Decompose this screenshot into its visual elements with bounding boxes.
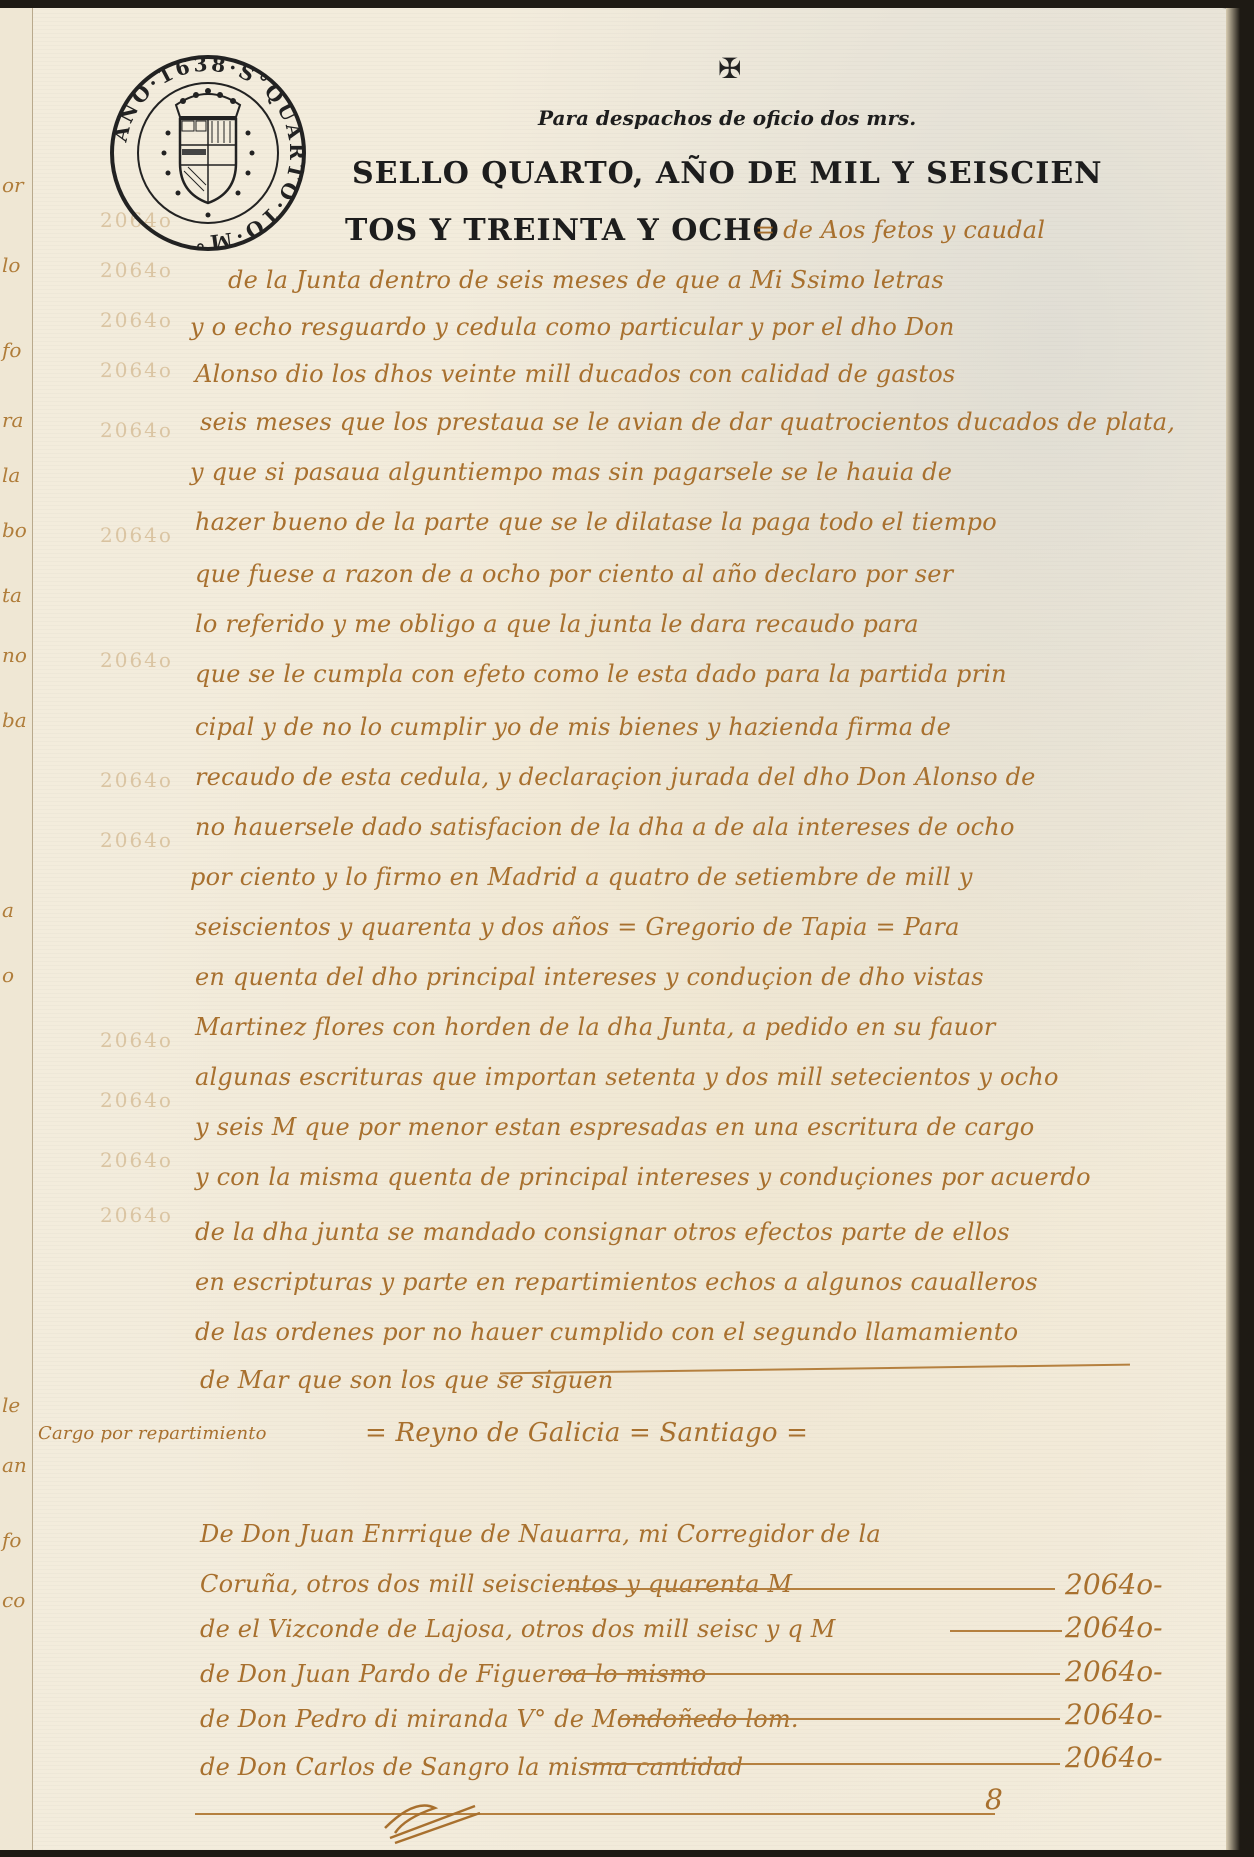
text-line: y que si pasaua alguntiempo mas sin paga… xyxy=(190,458,952,486)
text-line: que fuese a razon de a ocho por ciento a… xyxy=(195,560,953,588)
text-line: hazer bueno de la parte que se le dilata… xyxy=(195,508,997,536)
page-edge-shadow xyxy=(1226,8,1240,1850)
margin-fragment: or xyxy=(2,173,24,197)
text-line: seis meses que los prestaua se le avian … xyxy=(200,408,1175,436)
margin-fragment: co xyxy=(2,1588,25,1612)
text-line: Martinez flores con horden de la dha Jun… xyxy=(195,1013,996,1041)
closing-rule xyxy=(195,1813,995,1815)
margin-note: Cargo por repartimiento xyxy=(38,1423,267,1444)
entry-amount: 2064o- xyxy=(1065,1698,1163,1731)
margin-fragment: o xyxy=(2,963,14,987)
margin-fragment: a xyxy=(2,898,14,922)
manuscript-page: or lo fo ra la bo ta no ba a o le an fo … xyxy=(0,8,1240,1850)
line-filler-rule xyxy=(620,1718,1060,1720)
entry-text: Coruña, otros dos mill seiscientos y qua… xyxy=(200,1570,792,1598)
text-line: recaudo de esta cedula, y declaraçion ju… xyxy=(195,763,1036,791)
header-purpose: Para despachos de oficio dos mrs. xyxy=(538,106,916,130)
text-line: algunas escrituras que importan setenta … xyxy=(195,1063,1059,1091)
margin-fragment: ba xyxy=(2,708,27,732)
bleed-number: 2064o xyxy=(100,1203,173,1227)
margin-fragment: an xyxy=(2,1453,27,1477)
line-filler-rule xyxy=(950,1630,1062,1632)
text-line: de las ordenes por no hauer cumplido con… xyxy=(195,1318,1018,1346)
header-sello-line: SELLO QUARTO, AÑO DE MIL Y SEISCIEN xyxy=(352,156,1103,191)
entry-text: de el Vizconde de Lajosa, otros dos mill… xyxy=(200,1615,836,1643)
bleed-number: 2064o xyxy=(100,258,173,282)
text-line: y seis M que por menor estan espresadas … xyxy=(195,1113,1034,1141)
text-line: = de Aos fetos y caudal xyxy=(755,216,1045,244)
bleed-number: 2064o xyxy=(100,308,173,332)
bleed-number: 2064o xyxy=(100,1148,173,1172)
text-line: y con la misma quenta de principal inter… xyxy=(195,1163,1091,1191)
text-line: en quenta del dho principal intereses y … xyxy=(195,963,984,991)
page-mark: 8 xyxy=(985,1783,1003,1816)
text-line: por ciento y lo firmo en Madrid a quatro… xyxy=(190,863,973,891)
text-line: seiscientos y quarenta y dos años = Greg… xyxy=(195,913,960,941)
text-line: Alonso dio los dhos veinte mill ducados … xyxy=(195,360,955,388)
margin-fragment: fo xyxy=(2,338,21,362)
text-line: en escripturas y parte en repartimientos… xyxy=(195,1268,1038,1296)
royal-seal-stamp: ANO·1638·S°QUARTO·1O·M° xyxy=(108,53,308,253)
margin-fragment: bo xyxy=(2,518,27,542)
margin-fragment: le xyxy=(2,1393,20,1417)
section-heading: = Reyno de Galicia = Santiago = xyxy=(365,1418,808,1448)
margin-fragment: la xyxy=(2,463,20,487)
coat-of-arms-icon: ANO·1638·S°QUARTO·1O·M° xyxy=(108,53,308,253)
text-line: no hauersele dado satisfacion de la dha … xyxy=(195,813,1015,841)
text-line: de Mar que son los que se siguen xyxy=(200,1366,613,1394)
text-line: de la Junta dentro de seis meses de que … xyxy=(228,266,944,294)
cross-pattee-icon: ✠ xyxy=(718,52,741,85)
text-line: de la dha junta se mandado consignar otr… xyxy=(195,1218,1010,1246)
text-line: lo referido y me obligo a que la junta l… xyxy=(195,610,919,638)
text-line: y o echo resguardo y cedula como particu… xyxy=(190,313,955,341)
line-filler-rule xyxy=(565,1588,1055,1590)
entry-amount: 2064o- xyxy=(1065,1741,1163,1774)
entry-text: de Don Carlos de Sangro la misma cantida… xyxy=(200,1753,743,1781)
signature-rubric-icon xyxy=(375,1788,485,1848)
text-line: que se le cumpla con efeto como le esta … xyxy=(195,660,1007,688)
line-filler-rule xyxy=(560,1673,1060,1675)
bleed-number: 2064o xyxy=(100,1028,173,1052)
bleed-number: 2064o xyxy=(100,768,173,792)
text-line: cipal y de no lo cumplir yo de mis biene… xyxy=(195,713,951,741)
margin-fragment: ra xyxy=(2,408,23,432)
bleed-number: 2064o xyxy=(100,648,173,672)
entry-amount: 2064o- xyxy=(1065,1655,1163,1688)
bleed-number: 2064o xyxy=(100,523,173,547)
margin-fragment: fo xyxy=(2,1528,21,1552)
bleed-number: 2064o xyxy=(100,1088,173,1112)
margin-fragment: lo xyxy=(2,253,20,277)
entry-amount: 2064o- xyxy=(1065,1568,1163,1601)
line-filler-rule xyxy=(590,1763,1060,1765)
bleed-number: 2064o xyxy=(100,828,173,852)
header-year-line: TOS Y TREINTA Y OCHO xyxy=(345,213,780,248)
margin-fragment: ta xyxy=(2,583,22,607)
entry-text: De Don Juan Enrrique de Nauarra, mi Corr… xyxy=(200,1520,881,1548)
previous-page-edge: or lo fo ra la bo ta no ba a o le an fo … xyxy=(0,8,33,1850)
bleed-number: 2064o xyxy=(100,418,173,442)
entry-amount: 2064o- xyxy=(1065,1611,1163,1644)
bleed-number: 2064o xyxy=(100,358,173,382)
margin-fragment: no xyxy=(2,643,27,667)
